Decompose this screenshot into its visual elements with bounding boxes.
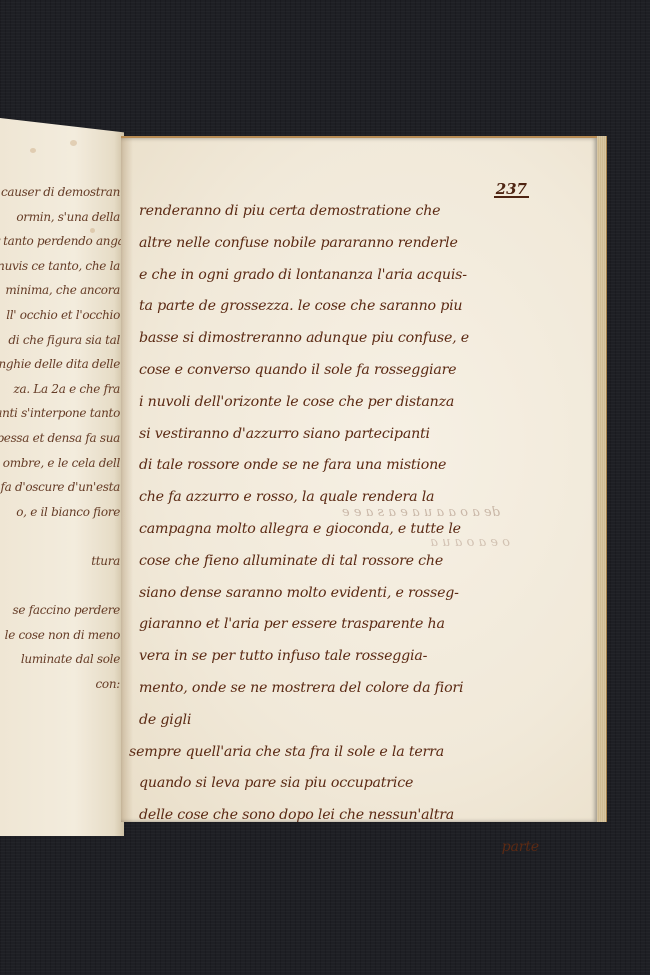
left-line: nghie delle dita delle: [0, 352, 120, 377]
catchword: parte: [139, 832, 539, 864]
manuscript-line: sempre quell'aria che sta fra il sole e …: [129, 737, 539, 769]
manuscript-line: mento, onde se ne mostrera del colore da…: [139, 673, 539, 705]
left-line: ll' occhio et l'occhio: [0, 303, 120, 328]
left-line: za. La 2a e che fra: [0, 377, 120, 402]
manuscript-line: giaranno et l'aria per essere trasparent…: [139, 609, 539, 641]
left-line: se faccino perdere: [0, 598, 120, 623]
left-line: ttura: [0, 549, 120, 574]
left-line: spessa et densa fa sua: [0, 426, 120, 451]
manuscript-line: vera in se per tutto infuso tale rossegg…: [139, 641, 539, 673]
manuscript-line: renderanno di piu certa demostratione ch…: [139, 196, 539, 228]
manuscript-line: siano dense saranno molto evidenti, e ro…: [139, 578, 539, 610]
gutter-shadow: [121, 138, 133, 822]
manuscript-line: di tale rossore onde se ne fara una mist…: [139, 450, 539, 482]
left-page: e causer di demostran ormin, s'una della…: [0, 118, 124, 836]
manuscript-line: delle cose che sono dopo lei che nessun'…: [139, 800, 539, 832]
ink-bleed-through: o e a o a u a: [150, 535, 510, 553]
left-line: luminate dal sole: [0, 647, 120, 672]
left-line: ormin, s'una della: [0, 205, 120, 230]
manuscript-line: e che in ogni grado di lontananza l'aria…: [139, 260, 539, 292]
left-line: anti s'interpone tanto: [0, 401, 120, 426]
ink-bleed-through: de a o a a u a e a s a e e: [120, 505, 500, 523]
manuscript-line: si vestiranno d'azzurro siano partecipan…: [139, 419, 539, 451]
foxing-spot: [30, 148, 36, 153]
left-line: o, e il bianco fiore: [0, 500, 120, 525]
left-line: minima, che ancora: [0, 278, 120, 303]
manuscript-line: altre nelle confuse nobile pararanno ren…: [139, 228, 539, 260]
left-line: [0, 574, 120, 599]
foxing-spot: [70, 140, 77, 146]
manuscript-line: i nuvoli dell'orizonte le cose che per d…: [139, 387, 539, 419]
left-line: ombre, e le cela dell: [0, 451, 120, 476]
manuscript-line: de gigli: [139, 705, 539, 737]
manuscript-line: ta parte de grossezza. le cose che saran…: [139, 291, 539, 323]
manuscript-line: cose e converso quando il sole fa rosseg…: [139, 355, 539, 387]
left-line: con:: [0, 672, 120, 697]
left-line: e causer di demostran: [0, 180, 120, 205]
left-line: nuvis ce tanto, che la: [0, 254, 120, 279]
left-line: fa d'oscure d'un'esta: [0, 475, 120, 500]
left-line: per tanto perdendo anga: [0, 229, 120, 254]
right-page: 237 renderanno di piu certa demostration…: [121, 136, 597, 822]
left-line: di che figura sia tal: [0, 328, 120, 353]
manuscript-line: quando si leva pare sia piu occupatrice: [139, 768, 539, 800]
left-line: le cose non di meno: [0, 623, 120, 648]
left-page-text: e causer di demostran ormin, s'una della…: [0, 180, 120, 696]
manuscript-line: basse si dimostreranno adunque piu confu…: [139, 323, 539, 355]
page-edges: [596, 136, 607, 822]
left-line: [0, 524, 120, 549]
right-page-text: renderanno di piu certa demostratione ch…: [139, 196, 539, 864]
